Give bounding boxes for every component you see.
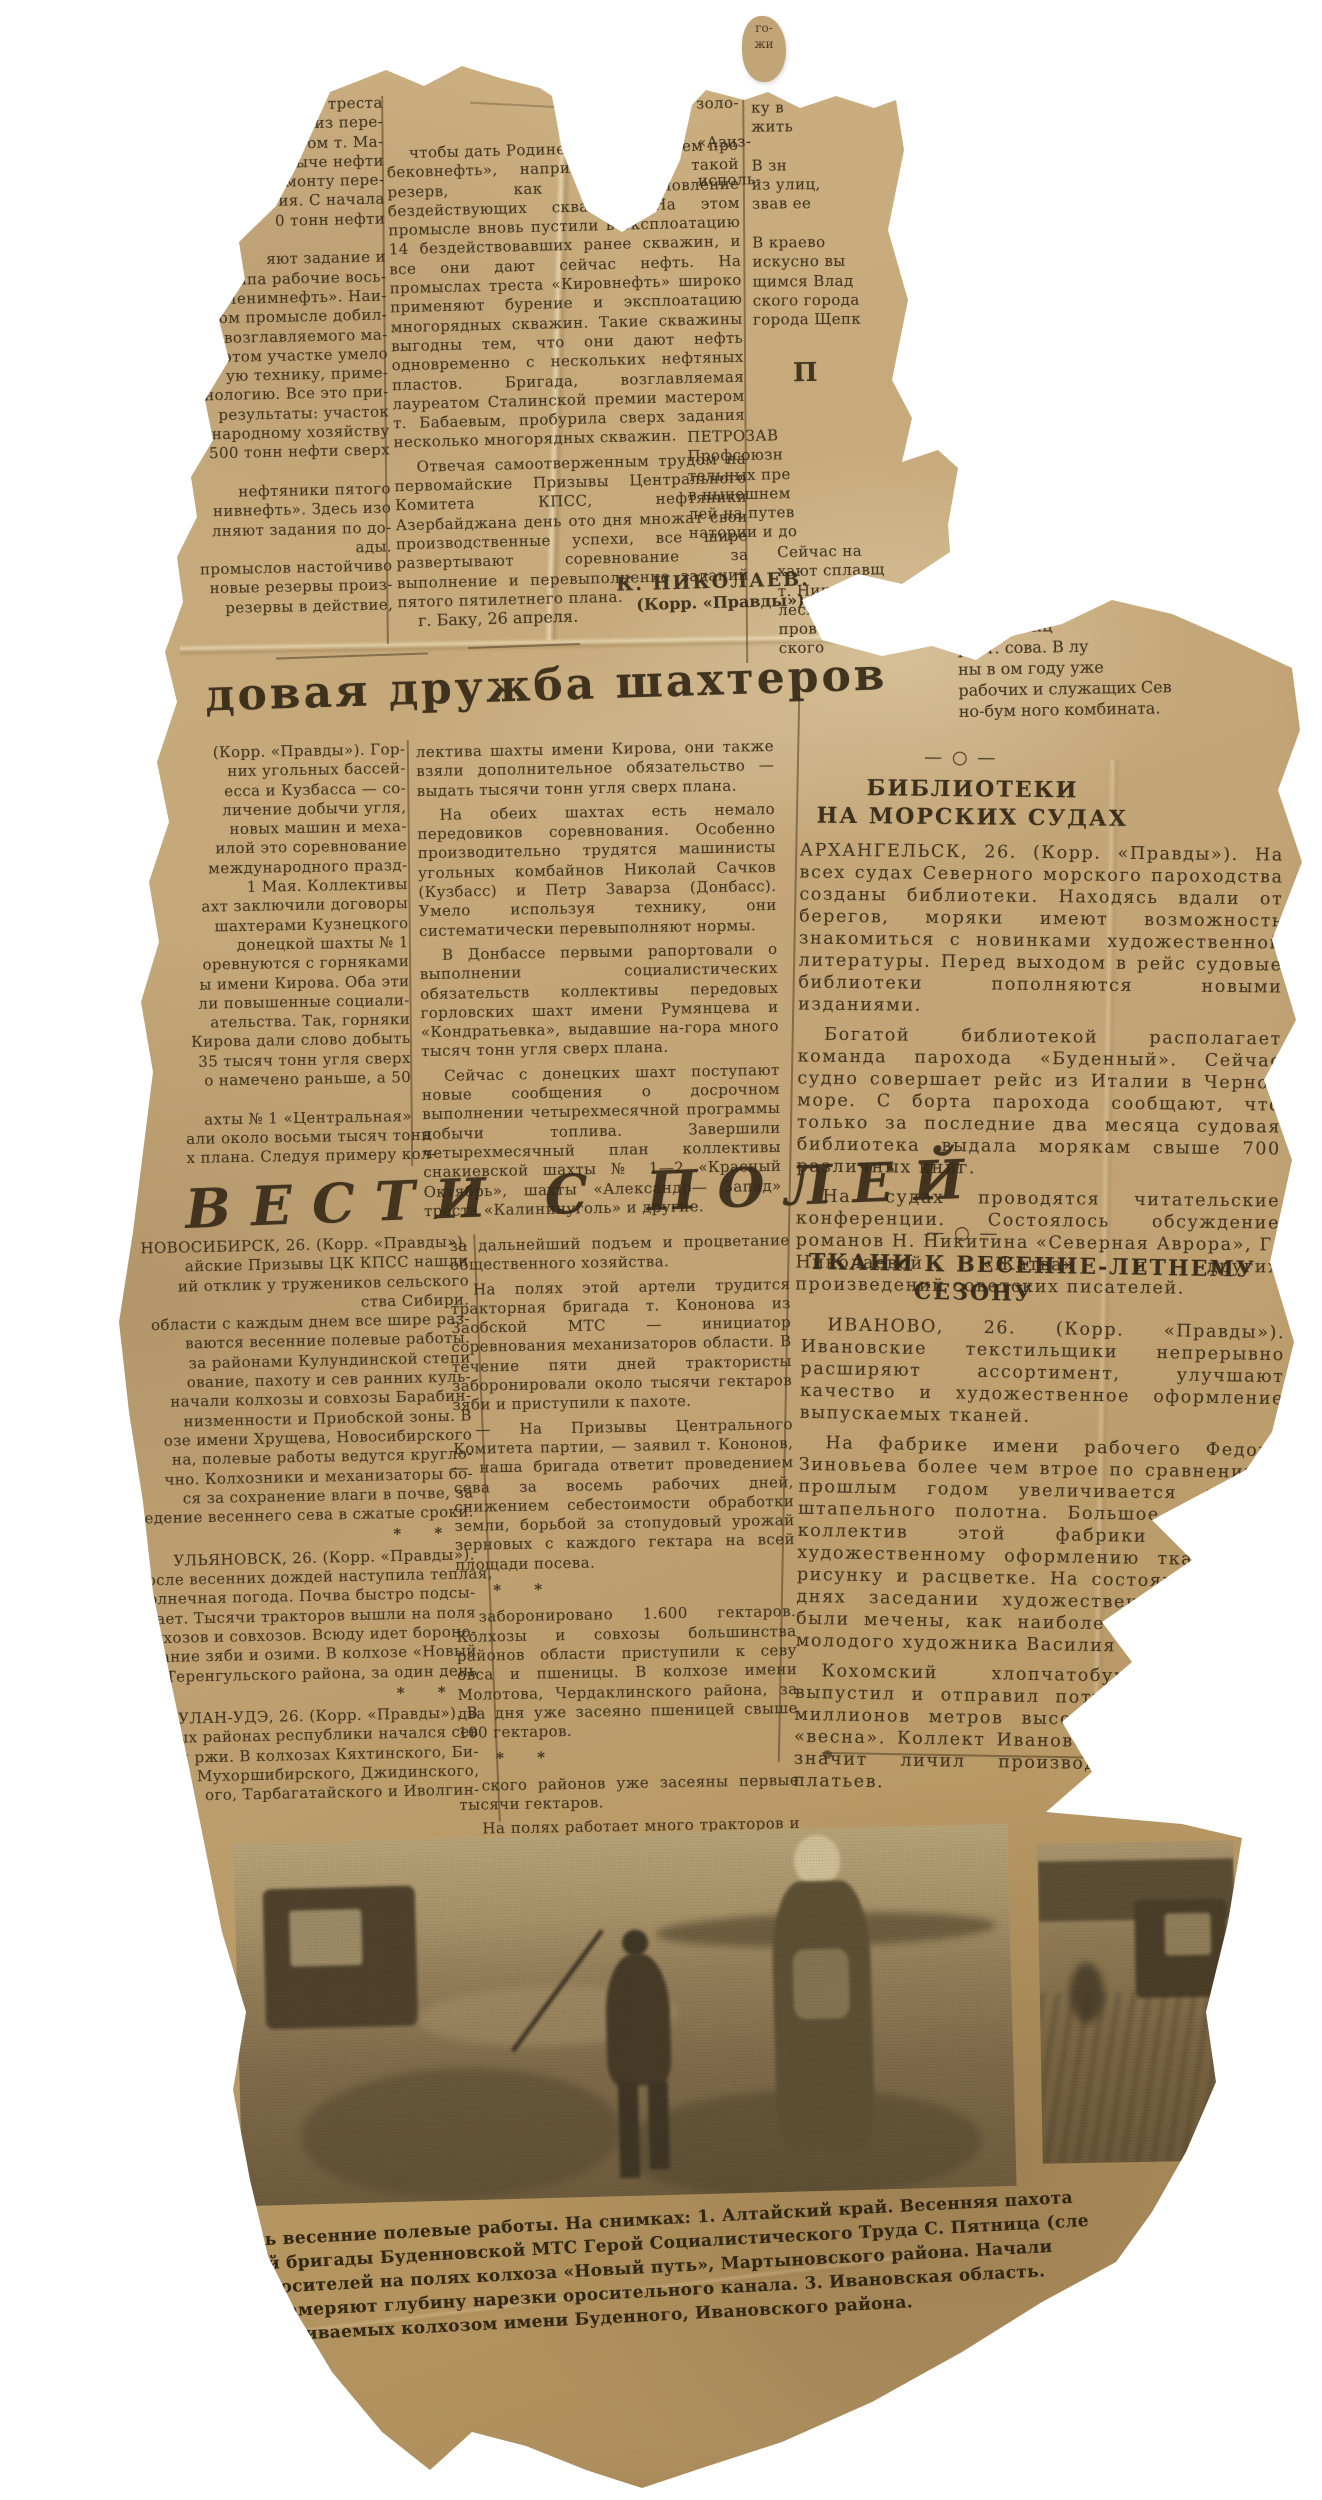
headline-miners-friendship: довая дружба шахтеров [204,649,885,721]
section-divider-ornament: — ○ — [801,745,1121,770]
fields-col1: НОВОСИБИРСК, 26. (Корр. «Правды»).айские… [126,1232,480,1807]
petrozavodsk-scrap: ПЕТРОЗАВПрофсоюзнтельных прев нынешнемле… [687,424,911,544]
photo-spring-ploughing-people [233,1824,1016,2206]
torn-hole [252,2328,288,2370]
section-divider-ornament: — ○ — [803,1220,1123,1248]
ship-libraries-title-line2: НА МОРСКИХ СУДАХ [800,801,1144,833]
detached-paper-scrap: го-жи [742,16,786,82]
miners-article-col2: лектива шахты имени Кирова, они также вз… [416,737,782,1226]
halftone-grain [1037,1840,1239,2163]
horizontal-rule [276,652,428,659]
ship-libraries-title-line1: БИБЛИОТЕКИ [800,773,1144,805]
article-oil-middle-column: чтобы дать Родине та». На третьем про бе… [386,136,749,618]
miners-article-col1: (Корр. «Правды»). Гор-них угольных бассе… [179,740,412,1168]
torn-header-fragment: П [793,358,818,388]
textiles-body: ИВАНОВО, 26. (Корр. «Правды»). Ивановски… [793,1314,1285,1800]
horizontal-rule [468,643,580,649]
scanned-newspaper-page: сле трестадна из пере-стером т. Ма-добыч… [0,0,1322,2500]
horizontal-rule [470,102,562,109]
article-oil-left-column: сле трестадна из пере-стером т. Ма-добыч… [143,94,394,620]
fields-col2: за дальнейший подъем и процветание общес… [450,1231,801,1864]
newspaper-fragment: сле трестадна из пере-стером т. Ма-добыч… [0,0,1322,2500]
photo-field-tractor [1037,1840,1239,2163]
torn-piece-right: ках — тницры т. сова. В луны в ом году у… [957,611,1299,722]
halftone-grain [233,1824,1016,2206]
torn-right-column-scraps: ку вжить В зниз улиц,звав ее В краевоиск… [751,97,905,330]
petrozavodsk-scrap-2: Сейчас нахают сплавщт. Никифлеспромхозпр… [777,541,911,659]
article-textiles: — ○ — ТКАНИ К ВЕСЕННЕ-ЛЕТНЕМУ СЕЗОНУ ИВА… [793,1220,1287,1808]
photo-caption: сь весенние полевые работы. На снимках: … [254,2179,1199,2348]
